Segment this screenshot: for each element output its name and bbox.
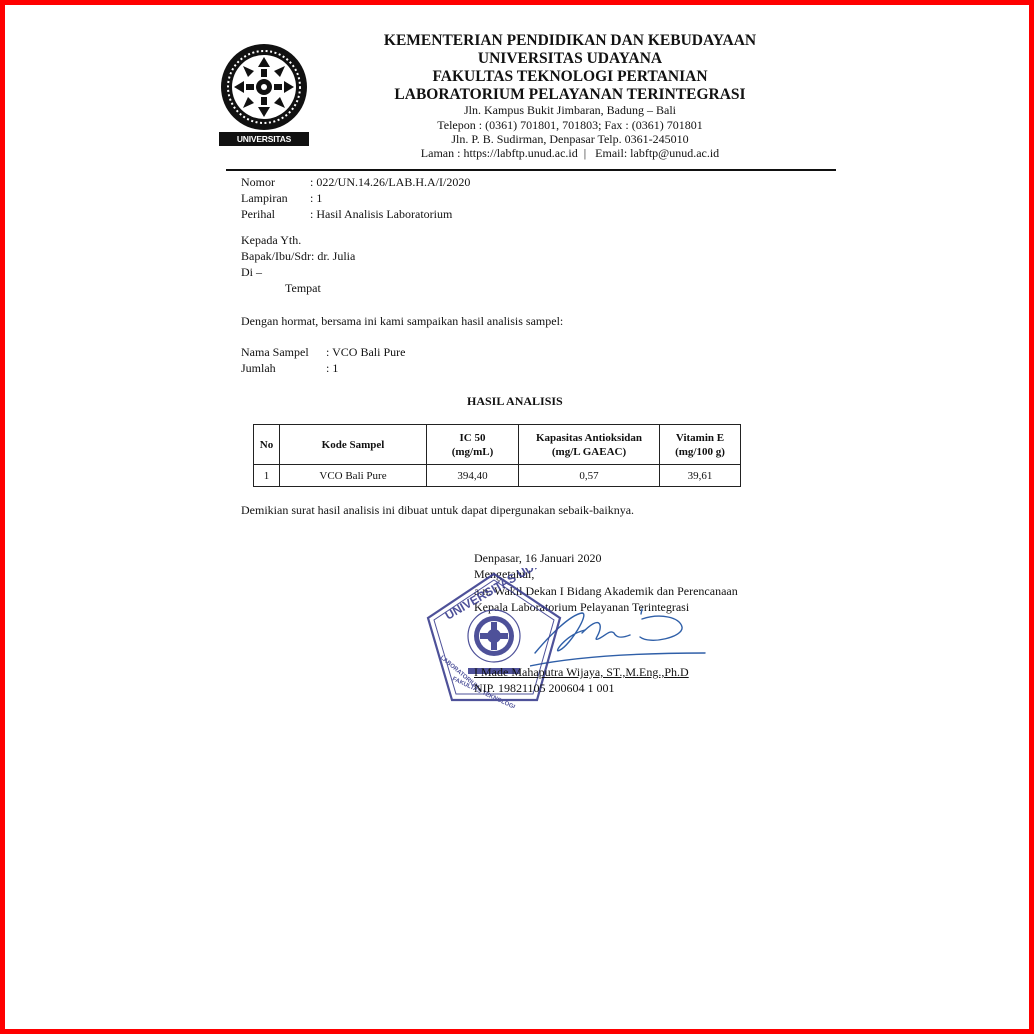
sample-label-name: Nama Sampel [241,345,309,360]
place-date: Denpasar, 16 Januari 2020 [474,551,601,566]
header-university: UNIVERSITAS UDAYANA [330,50,810,68]
sample-value-name: : VCO Bali Pure [326,345,405,360]
col-header-no-label: No [260,439,273,451]
recipient-salutation: Kepada Yth. [241,233,301,248]
header-faculty: FAKULTAS TEKNOLOGI PERTANIAN [330,68,810,86]
cell-vitamin-e: 39,61 [660,465,741,487]
results-title: HASIL ANALISIS [467,394,563,409]
header-laboratory: LABORATORIUM PELAYANAN TERINTEGRASI [330,86,810,104]
col-header-kode: Kode Sampel [280,425,427,465]
header-divider [226,169,836,171]
col-header-no: No [254,425,280,465]
cell-no: 1 [254,465,280,487]
header-address-1: Jln. Kampus Bukit Jimbaran, Badung – Bal… [330,103,810,118]
results-header-row: No Kode Sampel IC 50(mg/mL) Kapasitas An… [254,425,741,465]
meta-value-perihal: : Hasil Analisis Laboratorium [310,207,452,222]
header-ministry: KEMENTERIAN PENDIDIKAN DAN KEBUDAYAAN [330,32,810,50]
recipient-di: Di – [241,265,262,280]
header-web-email-text: Laman : https://labftp.unud.ac.id | Emai… [421,146,719,160]
meta-value-nomor: : 022/UN.14.26/LAB.H.A/I/2020 [310,175,470,190]
meta-label-perihal: Perihal [241,207,275,222]
sample-value-count: : 1 [326,361,338,376]
col-header-vitamin-e: Vitamin E(mg/100 g) [660,425,741,465]
recipient-place: Tempat [285,281,321,296]
col-header-antioxidant-unit: (mg/L GAEAC) [552,446,626,458]
meta-value-lampiran: : 1 [310,191,322,206]
results-table: No Kode Sampel IC 50(mg/mL) Kapasitas An… [253,424,741,487]
header-phone: Telepon : (0361) 701801, 701803; Fax : (… [330,118,810,133]
sample-label-count: Jumlah [241,361,276,376]
logo-label: UNIVERSITAS UDAYANA [219,132,309,146]
header-web-email: Laman : https://labftp.unud.ac.id | Emai… [330,146,810,161]
meta-label-lampiran: Lampiran [241,191,288,206]
col-header-ic50-label: IC 50 [460,432,486,444]
col-header-ic50-unit: (mg/mL) [452,446,494,458]
signer-nip: NIP. 19821105 200604 1 001 [474,681,615,696]
header-address-2: Jln. P. B. Sudirman, Denpasar Telp. 0361… [330,132,810,147]
closing-text: Demikian surat hasil analisis ini dibuat… [241,503,634,518]
cell-antioxidant: 0,57 [519,465,660,487]
recipient-name: Bapak/Ibu/Sdr: dr. Julia [241,249,355,264]
intro-text: Dengan hormat, bersama ini kami sampaika… [241,314,563,329]
cell-ic50: 394,40 [427,465,519,487]
col-header-ic50: IC 50(mg/mL) [427,425,519,465]
col-header-vitamin-e-unit: (mg/100 g) [675,446,725,458]
udayana-emblem-icon [219,43,309,131]
signer-name: I Made Mahaputra Wijaya, ST.,M.Eng.,Ph.D [474,665,689,680]
col-header-antioxidant-label: Kapasitas Antioksidan [536,432,642,444]
meta-label-nomor: Nomor [241,175,275,190]
col-header-vitamin-e-label: Vitamin E [676,432,724,444]
university-logo: UNIVERSITAS UDAYANA [219,43,309,148]
col-header-antioxidant: Kapasitas Antioksidan(mg/L GAEAC) [519,425,660,465]
cell-kode: VCO Bali Pure [280,465,427,487]
col-header-kode-label: Kode Sampel [322,439,385,451]
table-row: 1 VCO Bali Pure 394,40 0,57 39,61 [254,465,741,487]
